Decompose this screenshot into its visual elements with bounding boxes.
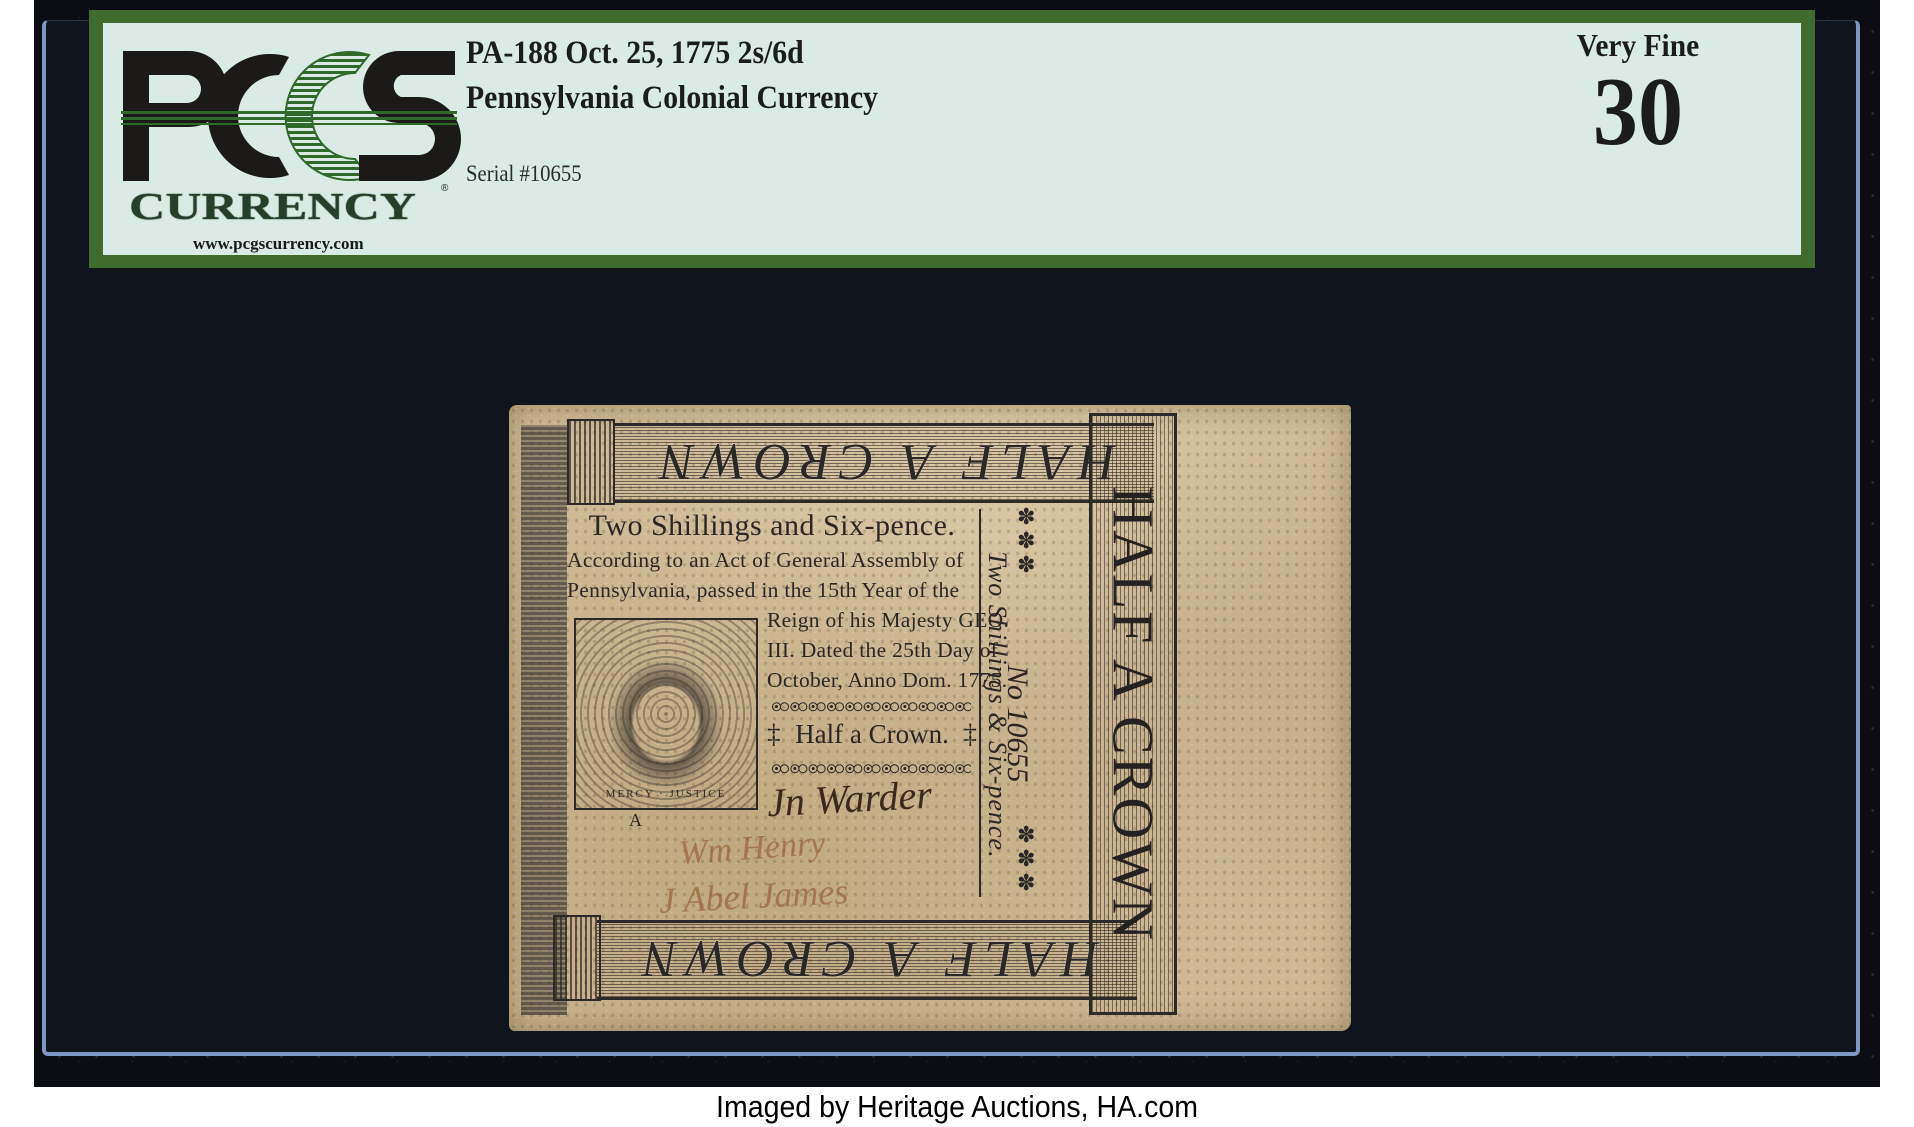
registered-mark: ® [441, 183, 449, 191]
note-top-border: HALF A CROWN [614, 423, 1154, 503]
signature-1: Jn Warder [766, 771, 933, 827]
label-title-line1: PA-188 Oct. 25, 1775 2s/6d [466, 35, 804, 72]
vignette-motto: MERCY · JUSTICE [582, 788, 750, 800]
dagger-right: ‡ [964, 719, 978, 750]
pcgs-logo: ® CURRENCY www.pcgscurrency.com [119, 41, 461, 253]
note-bottom-border: HALF A CROWN [597, 920, 1137, 1000]
right-band-text: HALF A CROWN [1100, 486, 1167, 942]
pcgs-logo-icon: ® [119, 41, 461, 191]
bottom-border-text: HALF A CROWN [597, 929, 1137, 988]
banknote: HALF A CROWN HALF A CROWN HALF A CROWN ✽… [509, 405, 1351, 1031]
rosette-icon: ✽✽✽ [1017, 823, 1035, 895]
signature-3: J Abel James [658, 870, 849, 922]
column-cap-top-left [567, 419, 615, 505]
plate-letter: A [629, 810, 642, 831]
dagger-left: ‡ [767, 719, 781, 750]
label-panel: ® CURRENCY www.pcgscurrency.com PA-188 O… [103, 23, 1801, 255]
label-title-line2: Pennsylvania Colonial Currency [466, 80, 878, 117]
logo-currency-text: CURRENCY [129, 185, 416, 229]
grading-label: ® CURRENCY www.pcgscurrency.com PA-188 O… [89, 10, 1815, 268]
ornament-row-top: ꩧꩧꩧꩧꩧꩧꩧꩧꩧꩧꩧꩧꩧꩧꩧꩧ [771, 691, 971, 721]
half-crown-line: ‡ Half a Crown. ‡ [767, 719, 977, 750]
column-cap-bottom-left [553, 915, 601, 1001]
image-credit-caption: Imaged by Heritage Auctions, HA.com [77, 1087, 1838, 1127]
label-serial: Serial #10655 [466, 161, 582, 187]
note-right-band: HALF A CROWN [1089, 413, 1177, 1015]
top-border-text: HALF A CROWN [614, 432, 1154, 491]
denomination-heading: Two Shillings and Six-pence. [567, 509, 977, 543]
half-crown-text: Half a Crown. [795, 719, 949, 750]
signature-2: Wm Henry [678, 825, 827, 873]
body-line: According to an Act of General Assembly … [567, 545, 977, 575]
grade-number: 30 [1541, 63, 1734, 161]
logo-url: www.pcgscurrency.com [193, 234, 364, 254]
body-line: Pennsylvania, passed in the 15th Year of… [567, 575, 977, 605]
rosette-icon: ✽✽✽ [1017, 505, 1035, 577]
text-divider-line [979, 509, 981, 897]
coat-of-arms-vignette: MERCY · JUSTICE [574, 618, 758, 810]
